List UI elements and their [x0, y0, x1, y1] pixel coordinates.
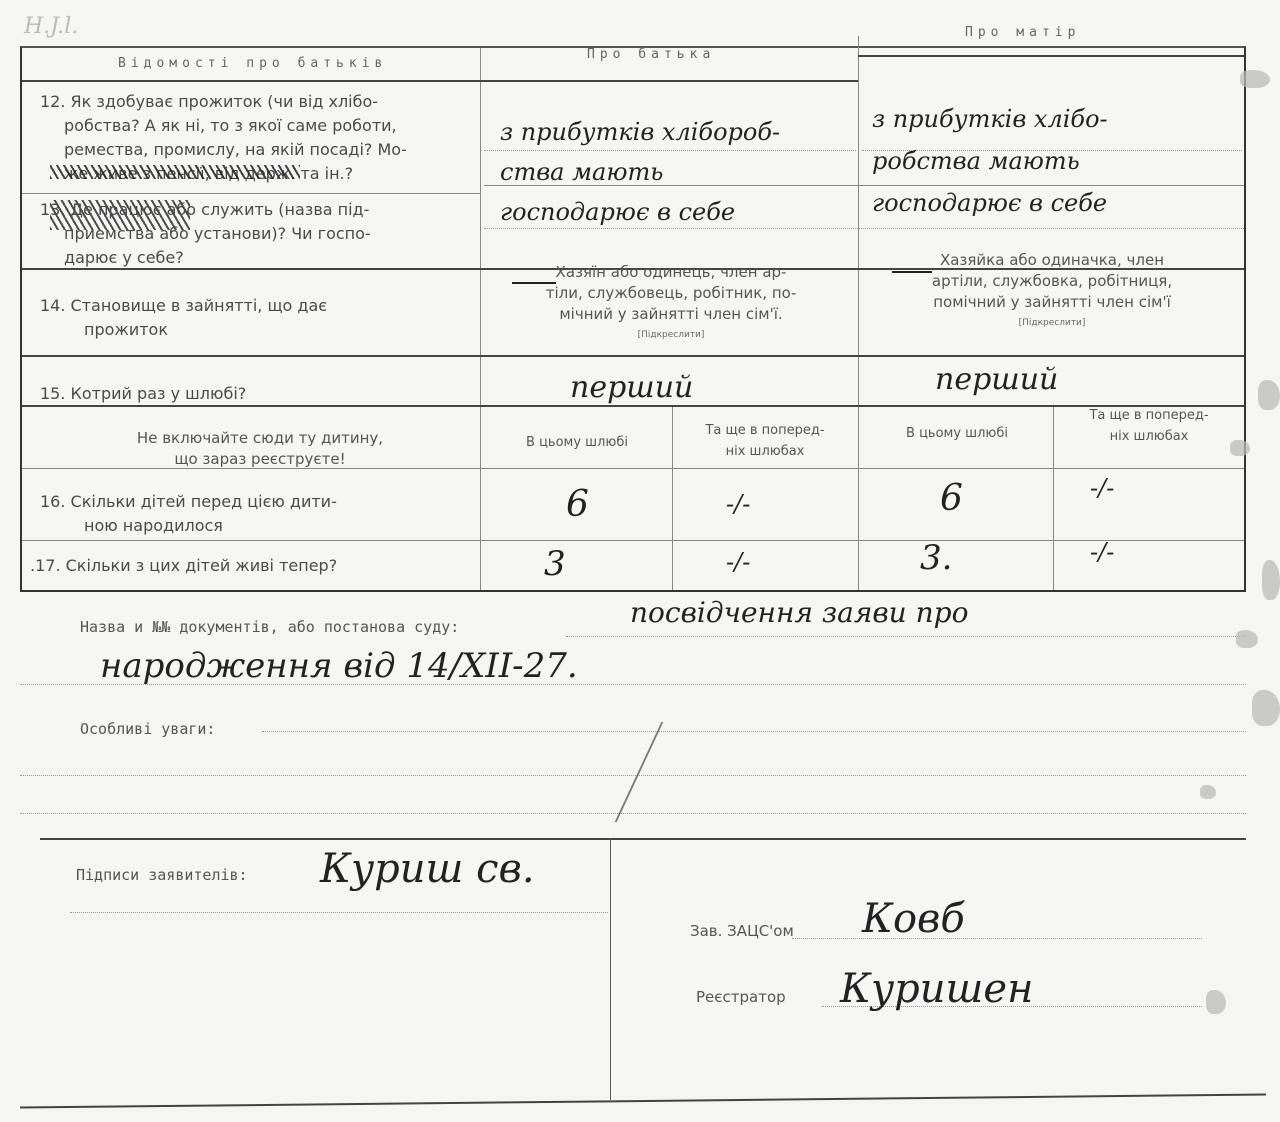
- father-prev-line-2: ніх шлюбах: [674, 441, 856, 462]
- paper-stain: [1258, 380, 1280, 410]
- special-notes-dots-3: [20, 813, 1246, 814]
- q13-line-2: приемства або установи)? Чи госпо-: [40, 222, 480, 246]
- q17-mother-prev: -/-: [1090, 538, 1114, 566]
- q16-line-1: 16. Скільки дітей перед цією дити-: [40, 490, 337, 514]
- header-about-mother: Про матір: [965, 25, 1080, 40]
- children-note-line-1: Не включайте сюди ту дитину,: [60, 428, 460, 449]
- father-prev-marriages-header: Та ще в поперед- ніх шлюбах: [674, 420, 856, 462]
- paper-stain: [1252, 690, 1280, 726]
- special-notes-dots-1: [262, 731, 1246, 732]
- mother-answer-line-2: робства мають: [872, 140, 1108, 182]
- mother-option-line-2: артіли, службовка, робітниця,: [862, 271, 1242, 292]
- q12-bottom-line: [22, 193, 480, 194]
- q14-father-options: Хазяїн або одинець, член ар- тіли, служб…: [486, 262, 856, 346]
- registrar-label: Реєстратор: [696, 988, 786, 1006]
- father-answer-line-1: з прибутків хлібороб-: [500, 112, 780, 152]
- mother-prev-marriages-header: Та ще в поперед- ніх шлюбах: [1055, 405, 1243, 447]
- children-note: Не включайте сюди ту дитину, що зараз ре…: [60, 428, 460, 470]
- father-option-line-3: мічний у зайнятті член сім'ї.: [486, 304, 856, 325]
- mother-option-line-3: помічний у зайнятті член сім'ї: [862, 292, 1242, 313]
- q13-text: 13. Де працює або служить (назва під- пр…: [40, 198, 480, 270]
- q15-father-answer: перший: [570, 370, 693, 405]
- father-this-marriage-header: В цьому шлюбі: [484, 432, 670, 453]
- subcol-divider-father: [672, 405, 673, 590]
- corner-pencil-mark: H.J.l.: [24, 14, 78, 39]
- q12-line-1: 12. Як здобуває прожиток (чи від хлібо-: [40, 90, 480, 114]
- q12-13-father-answer: з прибутків хлібороб- ства мають господа…: [500, 112, 780, 232]
- applicants-signature-dots: [70, 912, 608, 913]
- q17-mother-this: 3.: [920, 538, 952, 578]
- father-option-line-2: тіли, службовець, робітник, по-: [486, 283, 856, 304]
- mother-this-marriage-header: В цьому шлюбі: [862, 423, 1052, 444]
- father-underline-note: [Підкреслити]: [486, 325, 856, 346]
- q17-text: .17. Скільки з цих дітей живі тепер?: [30, 554, 337, 578]
- header-parents-info: Відомості про батьків: [118, 56, 387, 71]
- q16-line-2: ною народилося: [40, 514, 337, 538]
- q16-text: 16. Скільки дітей перед цією дити- ною н…: [40, 490, 337, 538]
- q14-line-1: 14. Становище в зайнятті, що дає: [40, 294, 327, 318]
- signatures-bottom-line: [20, 1093, 1266, 1108]
- header-bottom-line: [22, 80, 858, 82]
- paper-stain: [1206, 990, 1226, 1014]
- q12-line-2: робства? А як ні, то з якої саме роботи,: [40, 114, 480, 138]
- documents-label: Назва и №№ документів, або постанова суд…: [80, 618, 459, 636]
- q17-father-this: 3: [544, 544, 566, 584]
- mother-underline-note: [Підкреслити]: [862, 313, 1242, 334]
- q16-father-this: 6: [566, 484, 589, 525]
- q16-father-prev: -/-: [726, 490, 750, 518]
- documents-value-line-2: народження від 14/XII-27.: [100, 646, 578, 686]
- subcol-divider-mother: [1053, 405, 1054, 590]
- col-divider-2: [858, 36, 859, 590]
- head-zags-dots: [792, 938, 1202, 939]
- col-divider-1: [480, 48, 481, 590]
- q16-mother-this: 6: [940, 478, 963, 519]
- q12-13-mother-answer: з прибутків хлібо- робства мають господа…: [872, 98, 1108, 224]
- q14-text: 14. Становище в зайнятті, що дає прожито…: [40, 294, 327, 342]
- head-zags-label: Зав. ЗАЦС'ом: [690, 922, 794, 940]
- father-answer-line-3: господарює в себе: [500, 192, 780, 232]
- paper-stain: [1262, 560, 1280, 600]
- signatures-divider: [610, 838, 611, 1100]
- header-about-father: Про батька: [587, 47, 715, 62]
- special-notes-dash-stroke: [525, 722, 664, 822]
- paper-stain: [1240, 70, 1270, 88]
- q16-bottom-line: [22, 540, 1244, 541]
- mother-option-line-1: Хазяйка або одиначка, член: [862, 250, 1242, 271]
- documents-dots-1: [566, 636, 1246, 637]
- father-prev-line-1: Та ще в поперед-: [674, 420, 856, 441]
- q12-line-3: ремества, промислу, на якій посаді? Мо-: [40, 138, 480, 162]
- q17-father-prev: -/-: [726, 548, 750, 576]
- father-selected-underline: [512, 282, 556, 284]
- applicants-signature: Куриш св.: [320, 846, 535, 892]
- documents-value-line-1: посвідчення заяви про: [630, 596, 968, 629]
- q14-line-2: прожиток: [40, 318, 327, 342]
- q14-bottom-line: [22, 355, 1244, 357]
- mother-prev-line-2: ніх шлюбах: [1055, 426, 1243, 447]
- q16-mother-prev: -/-: [1090, 474, 1114, 502]
- special-notes-label: Особливі уваги:: [80, 720, 215, 738]
- q14-mother-options: Хазяйка або одиначка, член артіли, служб…: [862, 250, 1242, 334]
- q15-mother-answer: перший: [935, 362, 1058, 397]
- applicants-signature-label: Підписи заявителів:: [76, 866, 248, 884]
- q13-line-1: 13. Де працює або служить (назва під-: [40, 198, 480, 222]
- signatures-top-line: [40, 838, 1246, 840]
- paper-stain: [1200, 785, 1216, 799]
- father-answer-line-2: ства мають: [500, 152, 780, 192]
- father-option-line-1: Хазяїн або одинець, член ар-: [486, 262, 856, 283]
- mother-prev-line-1: Та ще в поперед-: [1055, 405, 1243, 426]
- q15-text: 15. Котрий раз у шлюбі?: [40, 382, 246, 406]
- head-zags-signature: Ковб: [862, 896, 965, 942]
- paper-stain: [1230, 440, 1250, 456]
- q13-line-3: дарює у себе?: [40, 246, 480, 270]
- mother-selected-underline: [892, 271, 932, 273]
- paper-stain: [1236, 630, 1258, 648]
- registrar-signature: Куришен: [840, 966, 1033, 1012]
- strike-through-scribble: [50, 165, 300, 179]
- header-bottom-line-mother: [858, 55, 1244, 57]
- mother-answer-line-1: з прибутків хлібо-: [872, 98, 1108, 140]
- children-note-line-2: що зараз реєструєте!: [60, 449, 460, 470]
- mother-answer-line-3: господарює в себе: [872, 182, 1108, 224]
